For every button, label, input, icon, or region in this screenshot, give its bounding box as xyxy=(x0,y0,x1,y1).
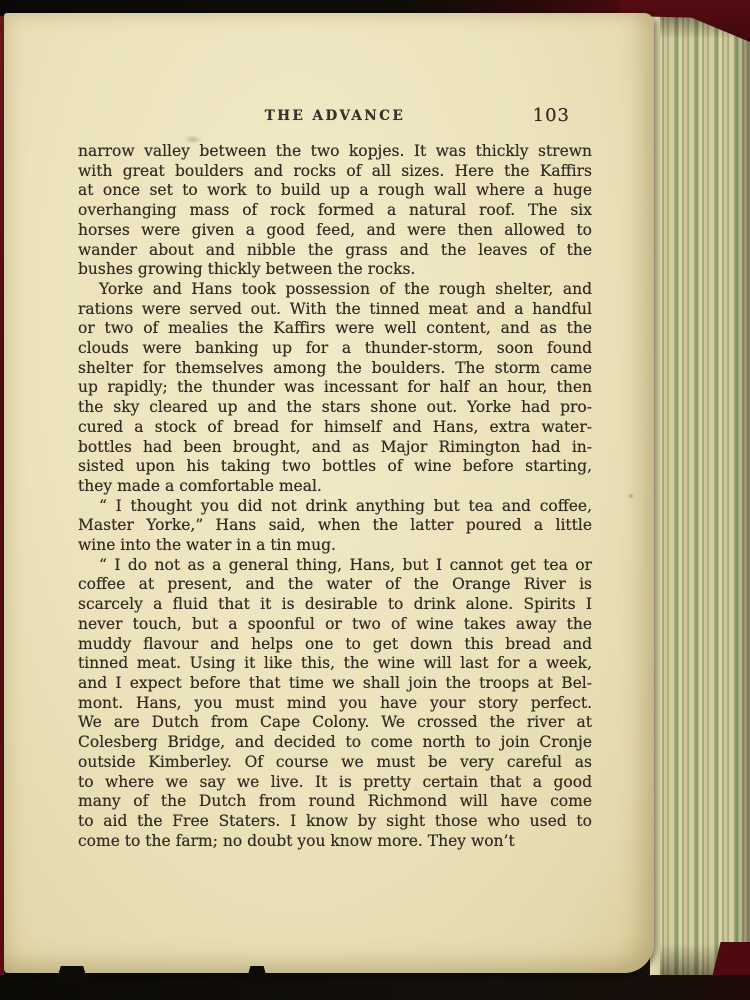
page-number: 103 xyxy=(533,105,570,126)
book-page: THE ADVANCE 103 narrow valley between th… xyxy=(4,13,654,973)
text-line: horses were given a good feed, and were … xyxy=(78,221,592,241)
text-line: they made a comfortable meal. xyxy=(78,477,592,497)
text-line: shelter for themselves among the boulder… xyxy=(78,359,592,379)
text-line: with great boulders and rocks of all siz… xyxy=(78,162,592,182)
text-line: rations were served out. With the tinned… xyxy=(78,300,592,320)
text-line: coffee at present, and the water of the … xyxy=(78,575,592,595)
text-line: to where we say we live. It is pretty ce… xyxy=(78,773,592,793)
book-bottom-shadow xyxy=(0,975,750,1000)
text-line: Yorke and Hans took possession of the ro… xyxy=(78,280,592,300)
text-line: “ I do not as a general thing, Hans, but… xyxy=(78,556,592,576)
book-holder-tab xyxy=(56,966,88,982)
text-line: muddy flavour and helps one to get down … xyxy=(78,635,592,655)
text-line: up rapidly; the thunder was incessant fo… xyxy=(78,378,592,398)
text-line: cured a stock of bread for himself and H… xyxy=(78,418,592,438)
text-line: mont. Hans, you must mind you have your … xyxy=(78,694,592,714)
text-line: the sky cleared up and the stars shone o… xyxy=(78,398,592,418)
text-line: narrow valley between the two kopjes. It… xyxy=(78,142,592,162)
text-line: scarcely a fluid that it is desirable to… xyxy=(78,595,592,615)
paragraph: Yorke and Hans took possession of the ro… xyxy=(78,280,592,497)
text-line: bushes growing thickly between the rocks… xyxy=(78,260,592,280)
text-line: Colesberg Bridge, and decided to come no… xyxy=(78,733,592,753)
text-line: come to the farm; no doubt you know more… xyxy=(78,832,592,852)
text-line: never touch, but a spoonful or two of wi… xyxy=(78,615,592,635)
running-title: THE ADVANCE xyxy=(78,108,592,124)
text-line: at once set to work to build up a rough … xyxy=(78,181,592,201)
text-line: “ I thought you did not drink anything b… xyxy=(78,497,592,517)
text-line: We are Dutch from Cape Colony. We crosse… xyxy=(78,713,592,733)
text-line: clouds were banking up for a thunder-sto… xyxy=(78,339,592,359)
page-fore-edges xyxy=(650,10,750,982)
text-line: Master Yorke,” Hans said, when the latte… xyxy=(78,516,592,536)
paper-smudge xyxy=(628,493,634,499)
text-line: overhanging mass of rock formed a natura… xyxy=(78,201,592,221)
text-line: outside Kimberley. Of course we must be … xyxy=(78,753,592,773)
text-line: or two of mealies the Kaffirs were well … xyxy=(78,319,592,339)
text-line: tinned meat. Using it like this, the win… xyxy=(78,654,592,674)
text-line: sisted upon his taking two bottles of wi… xyxy=(78,457,592,477)
page-text: THE ADVANCE 103 narrow valley between th… xyxy=(78,108,592,851)
paragraph: narrow valley between the two kopjes. It… xyxy=(78,142,592,280)
book-photo: { "book": { "cover_color": "#4d0a10", "p… xyxy=(0,0,750,1000)
text-line: wander about and nibble the grass and th… xyxy=(78,241,592,261)
page-header: THE ADVANCE 103 xyxy=(78,108,592,128)
text-line: many of the Dutch from round Richmond wi… xyxy=(78,792,592,812)
text-line: to aid the Free Staters. I know by sight… xyxy=(78,812,592,832)
paragraph: “ I thought you did not drink anything b… xyxy=(78,497,592,556)
text-line: bottles had been brought, and as Major R… xyxy=(78,438,592,458)
text-line: and I expect before that time we shall j… xyxy=(78,674,592,694)
text-line: wine into the water in a tin mug. xyxy=(78,536,592,556)
body-text: narrow valley between the two kopjes. It… xyxy=(78,142,592,851)
paragraph: “ I do not as a general thing, Hans, but… xyxy=(78,556,592,852)
